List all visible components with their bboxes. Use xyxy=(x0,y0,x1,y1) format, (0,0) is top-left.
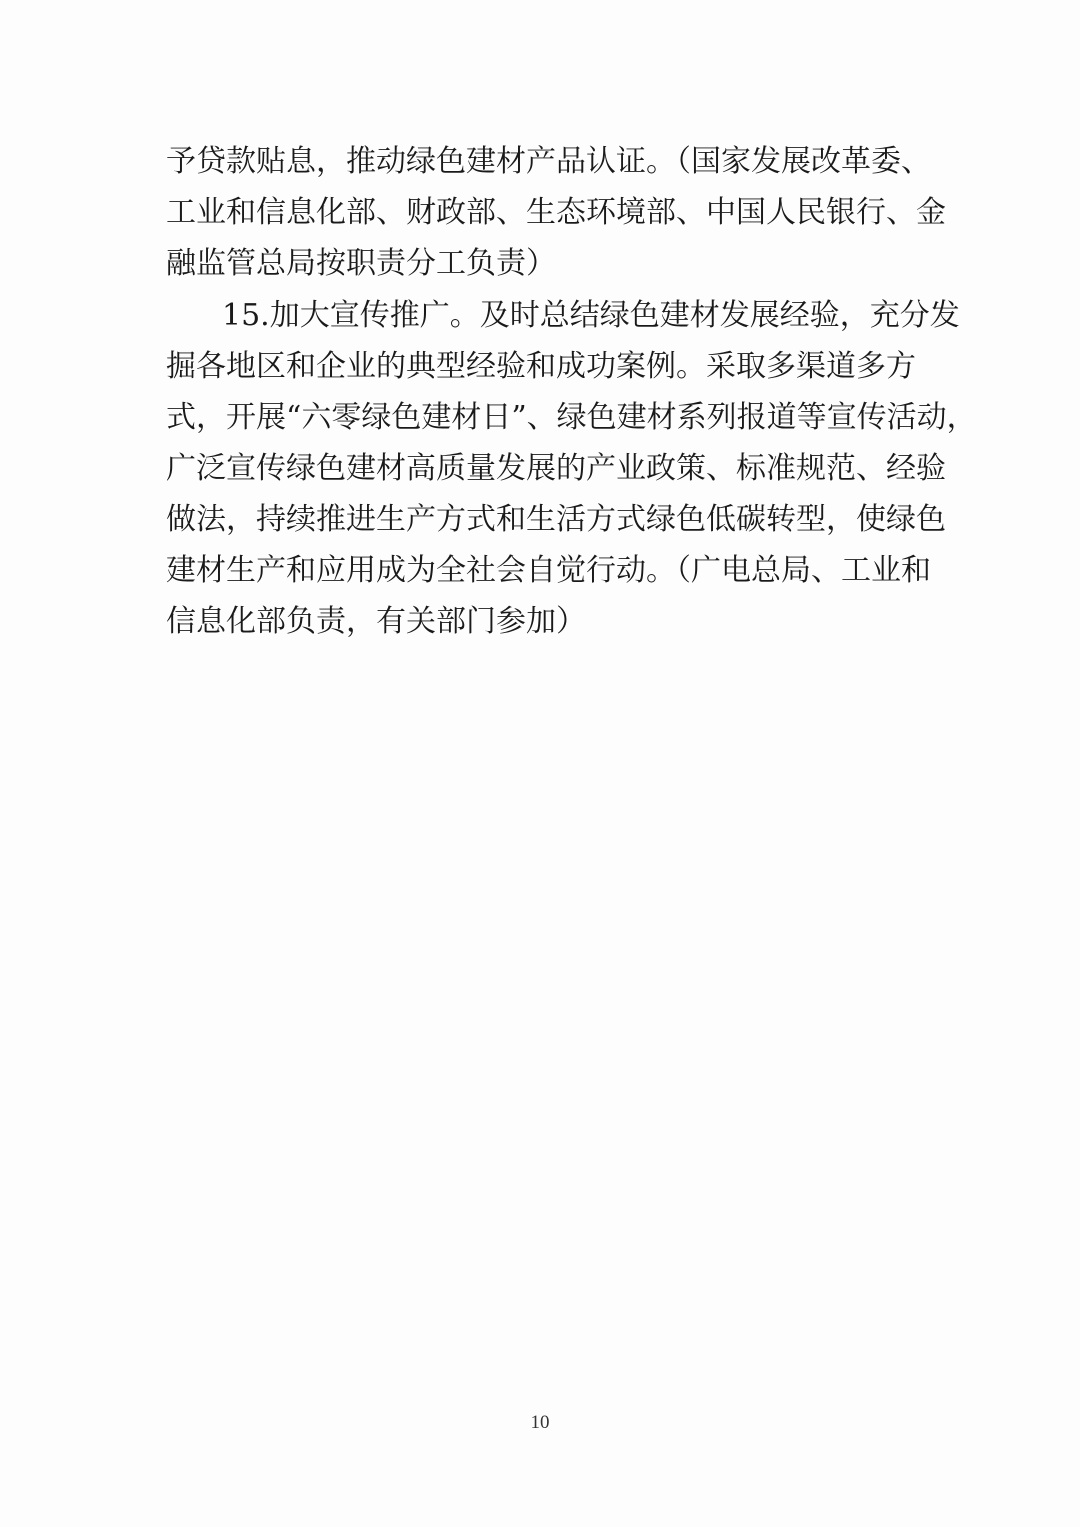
text-line-heading: 15.加大宣传推广。及时总结绿色建材发展经验，充分发 xyxy=(222,293,916,339)
text-line: 信息化部负责，有关部门参加） xyxy=(166,599,916,645)
text-line: 做法，持续推进生产方式和生活方式绿色低碳转型，使绿色 xyxy=(166,497,916,543)
text-line: 融监管总局按职责分工负责） xyxy=(166,241,916,287)
text-line: 广泛宣传绿色建材高质量发展的产业政策、标准规范、经验 xyxy=(166,446,916,492)
text-line: 建材生产和应用成为全社会自觉行动。（广电总局、工业和 xyxy=(166,548,916,594)
document-page: 予贷款贴息，推动绿色建材产品认证。（国家发展改革委、 工业和信息化部、财政部、生… xyxy=(0,0,1080,1527)
text-line: 掘各地区和企业的典型经验和成功案例。采取多渠道多方 xyxy=(166,344,916,390)
text-line: 式，开展“六零绿色建材日”、绿色建材系列报道等宣传活动， xyxy=(166,395,916,441)
text-line: 予贷款贴息，推动绿色建材产品认证。（国家发展改革委、 xyxy=(166,139,916,185)
text-line: 工业和信息化部、财政部、生态环境部、中国人民银行、金 xyxy=(166,190,916,236)
page-number: 10 xyxy=(0,1412,1080,1434)
